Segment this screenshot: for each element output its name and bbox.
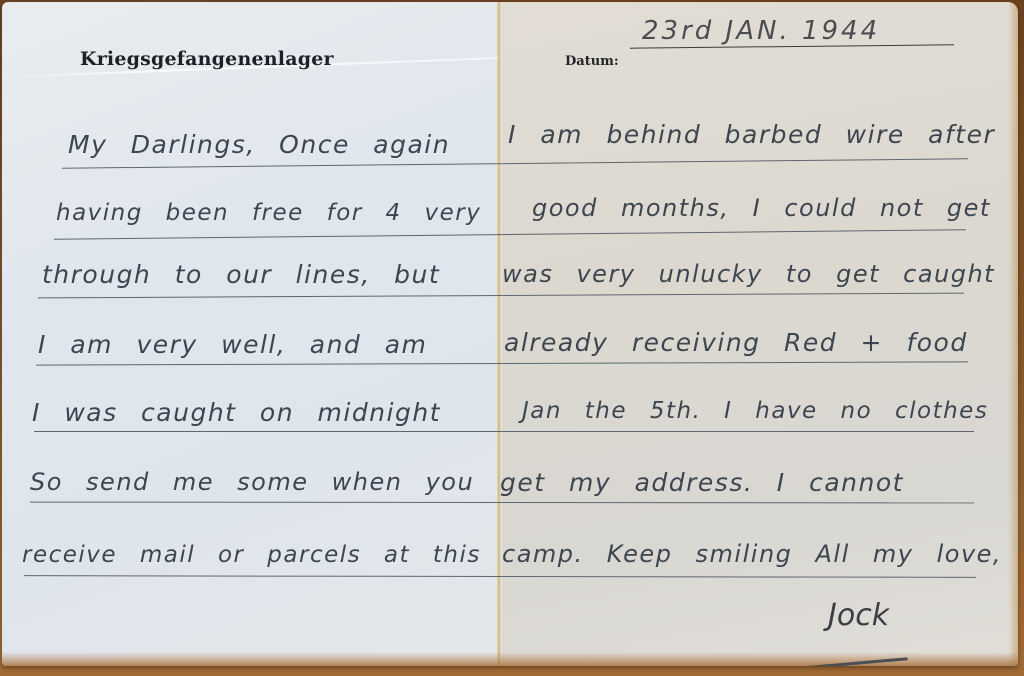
- ruled-line: [34, 431, 974, 432]
- letter-line-4-left: I am very well, and am: [38, 330, 427, 359]
- letter-line-3-left: through to our lines, but: [42, 260, 440, 289]
- date-value: 23rd JAN. 1944: [642, 16, 880, 46]
- letter-line-1-right: I am behind barbed wire after: [508, 120, 995, 149]
- aged-edge: [1008, 2, 1018, 666]
- letter-line-6-right: get my address. I cannot: [500, 468, 904, 497]
- letter-line-5-left: I was caught on midnight: [32, 398, 441, 427]
- letter-line-3-right: was very unlucky to get caught: [502, 260, 995, 288]
- letter-line-7-right: camp. Keep smiling All my love,: [502, 540, 1002, 568]
- letter-line-1-left: My Darlings, Once again: [68, 130, 450, 159]
- form-heading: Kriegsgefangenenlager: [80, 48, 334, 70]
- letter-line-7-left: receive mail or parcels at this: [22, 542, 481, 568]
- letter-line-4-right: already receiving Red + food: [504, 328, 968, 357]
- postcard: Kriegsgefangenenlager Datum: 23rd JAN. 1…: [2, 2, 1018, 666]
- letter-line-2-right: good months, I could not get: [532, 194, 991, 222]
- signature: Jock: [828, 598, 889, 633]
- date-label: Datum:: [565, 54, 619, 69]
- letter-line-6-left: So send me some when you: [30, 468, 474, 496]
- letter-line-2-left: having been free for 4 very: [56, 200, 481, 226]
- letter-line-5-right: Jan the 5th. I have no clothes: [522, 398, 988, 424]
